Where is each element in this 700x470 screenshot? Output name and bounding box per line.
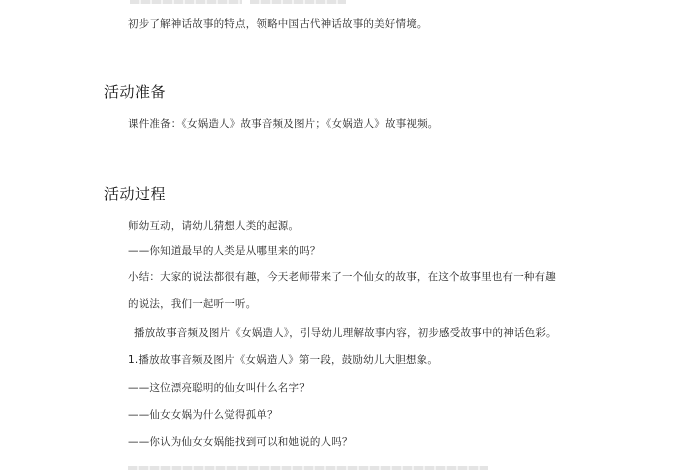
process-paragraph: 播放故事音频及图片《女娲造人》，引导幼儿理解故事内容，初步感受故事中的神话色彩。 [134,326,557,340]
process-paragraph: 师幼互动，请幼儿猜想人类的起源。 [128,219,299,233]
preparation-paragraph: 课件准备：《女娲造人》故事音频及图片；《女娲造人》故事视频。 [128,117,439,131]
process-paragraph: ——你知道最早的人类是从哪里来的吗？ [128,244,321,258]
clipped-text-top [130,0,242,4]
process-paragraph: ——这位漂亮聪明的仙女叫什么名字？ [128,381,310,395]
clipped-text-top [250,0,346,4]
process-paragraph: 小结：大家的说法都很有趣，今天老师带来了一个仙女的故事，在这个故事里也有一种有趣 [128,270,556,284]
section-heading-process: 活动过程 [104,183,166,204]
process-paragraph: ——仙女女娲为什么觉得孤单？ [128,408,278,422]
document-page: 初步了解神话故事的特点，领略中国古代神话故事的美好情境。 活动准备 课件准备：《… [0,0,700,470]
section-heading-preparation: 活动准备 [104,81,166,102]
process-paragraph: 1.播放故事音频及图片《女娲造人》第一段，鼓励幼儿大胆想象。 [128,353,438,367]
process-paragraph: ——你认为仙女女娲能找到可以和她说的人吗？ [128,435,353,449]
process-paragraph: 的说法，我们一起听一听。 [128,297,256,311]
goal-paragraph: 初步了解神话故事的特点，领略中国古代神话故事的美好情境。 [128,17,428,31]
clipped-text-bottom [128,466,488,470]
